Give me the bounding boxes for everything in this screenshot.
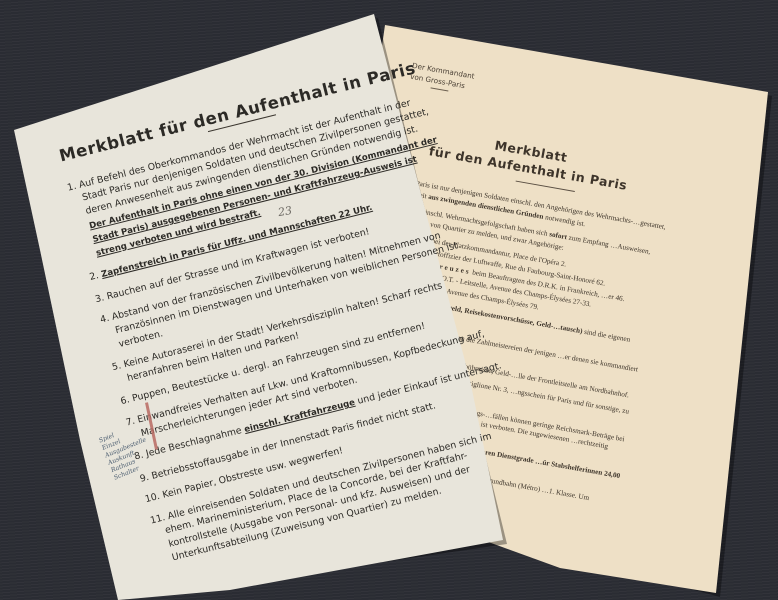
pencil-annotation: 23 — [277, 204, 293, 219]
item-number: 10. — [144, 491, 161, 505]
left-document-sheet: Merkblatt für den Aufenthalt in Paris 1.… — [0, 0, 778, 600]
item-number: 6. — [120, 395, 131, 408]
item-number: 1. — [66, 180, 77, 193]
item-number: 3. — [94, 292, 105, 305]
item-number: 5. — [111, 360, 122, 373]
item-number: 9. — [139, 472, 150, 485]
item-number: 4. — [99, 313, 110, 326]
item-number: 11. — [149, 512, 166, 526]
item-number: 2. — [89, 270, 100, 283]
